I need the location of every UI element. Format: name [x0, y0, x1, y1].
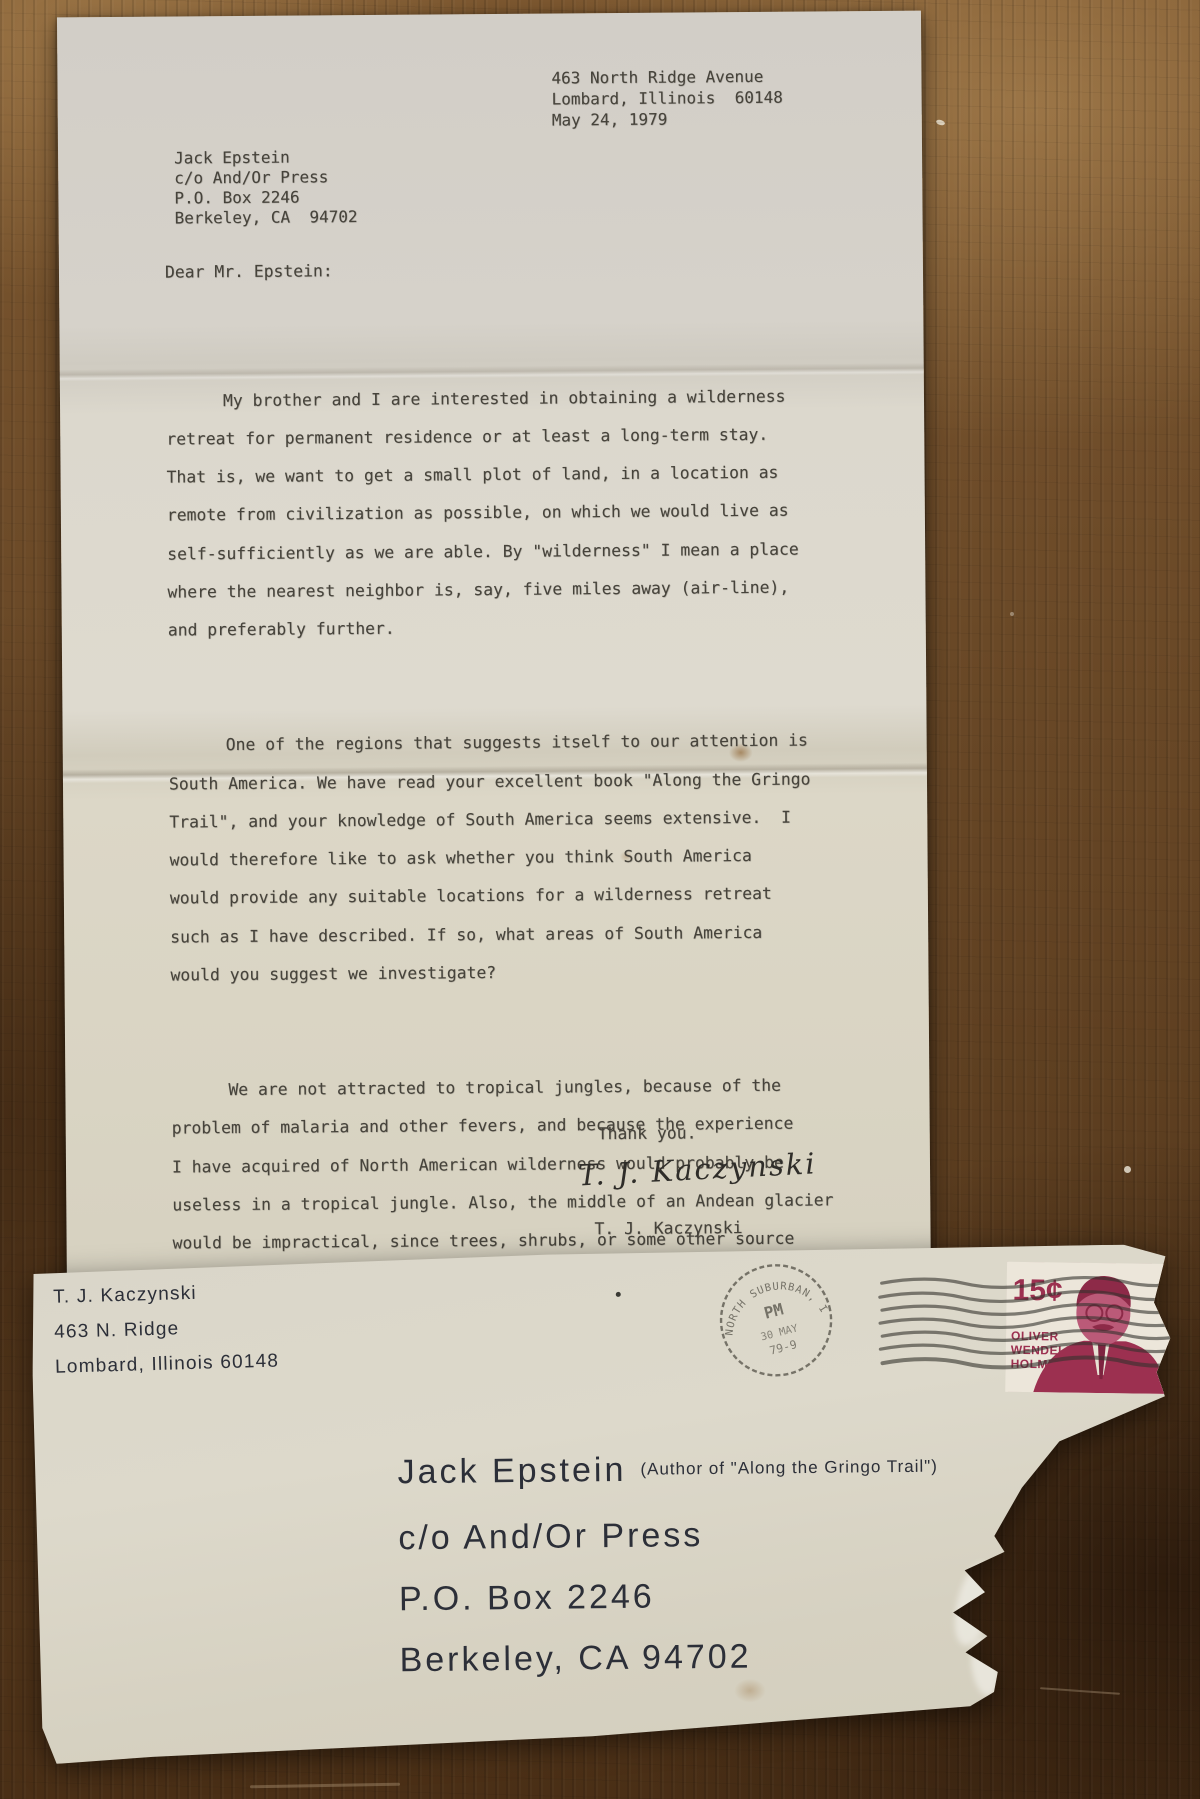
postmark-circle: NORTH SUBURBAN, ILL PM 30 MAY 79-9 — [700, 1245, 851, 1396]
cancellation-wavy-lines — [878, 1274, 1195, 1377]
wood-speck — [1010, 612, 1014, 616]
typed-letter-sheet: 463 North Ridge Avenue Lombard, Illinois… — [57, 11, 931, 1302]
torn-edge-fibers — [948, 1559, 1001, 1649]
envelope-return-address: T. J. Kaczynski 463 N. Ridge Lombard, Il… — [53, 1274, 280, 1385]
addressee-name: Jack Epstein — [397, 1451, 626, 1491]
recipient-address-block: Jack Epstein c/o And/Or Press P.O. Box 2… — [174, 147, 358, 228]
addressee-note: (Author of "Along the Gringo Trail") — [626, 1457, 938, 1479]
envelope-wrapper: T. J. Kaczynski 463 N. Ridge Lombard, Il… — [30, 1250, 1196, 1762]
typed-signature: T. J. Kaczynski — [594, 1218, 742, 1238]
paragraph-1: My brother and I are interested in obtai… — [166, 377, 829, 650]
photo-of-letter-and-envelope: { "letter": { "sender_block": "463 North… — [0, 0, 1200, 1799]
envelope: T. J. Kaczynski 463 N. Ridge Lombard, Il… — [27, 1244, 1198, 1768]
sender-address-block: 463 North Ridge Avenue Lombard, Illinois… — [551, 66, 783, 131]
wood-speck — [1124, 1166, 1131, 1173]
torn-edge-fibers — [968, 1636, 1002, 1697]
paragraph-2: One of the regions that suggests itself … — [169, 722, 832, 995]
wood-scratch — [250, 1783, 400, 1789]
envelope-address-line4: Berkeley, CA 94702 — [399, 1625, 940, 1692]
envelope-address-line3: P.O. Box 2246 — [399, 1564, 940, 1631]
postmark-pm: PM — [762, 1299, 785, 1322]
envelope-address-line1: Jack Epstein(Author of "Along the Gringo… — [397, 1437, 938, 1509]
envelope-stain — [734, 1678, 766, 1702]
ink-speck — [616, 1292, 621, 1297]
wood-speck — [935, 119, 945, 127]
envelope-address-block: Jack Epstein(Author of "Along the Gringo… — [397, 1437, 940, 1692]
salutation: Dear Mr. Epstein: — [165, 261, 333, 281]
closing-line: Thank you. — [598, 1123, 697, 1143]
postmark-rim-text: NORTH SUBURBAN, ILL — [700, 1245, 831, 1344]
envelope-address-line2: c/o And/Or Press — [398, 1503, 939, 1570]
